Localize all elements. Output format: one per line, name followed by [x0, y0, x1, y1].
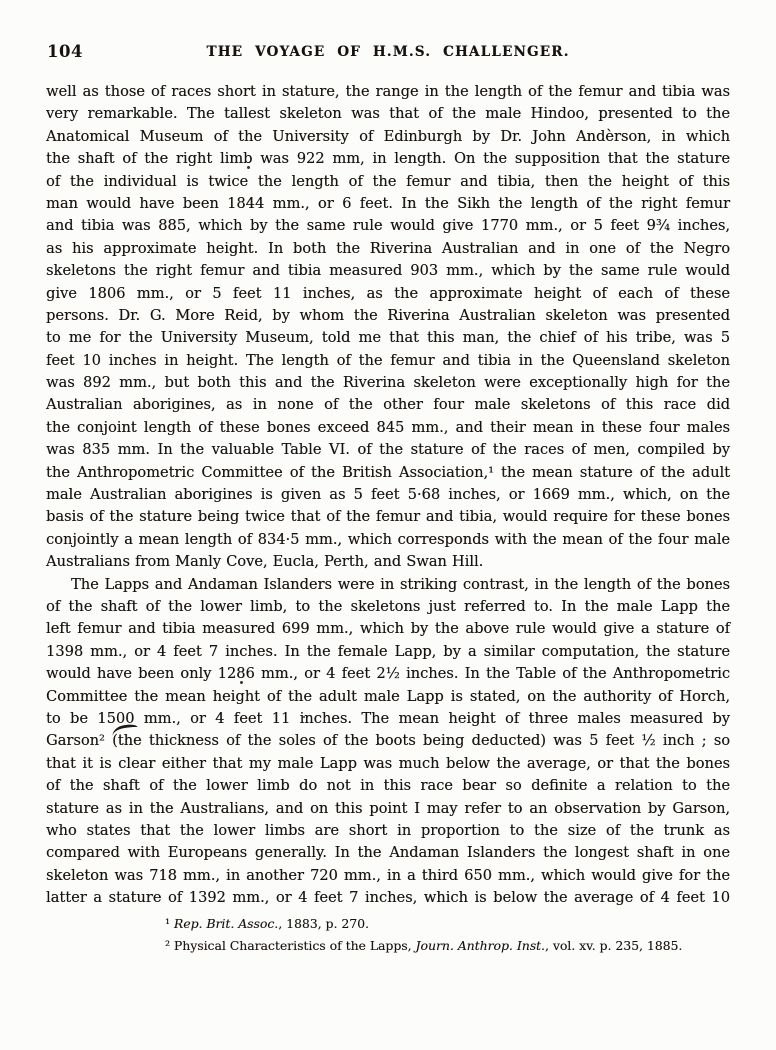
- text-line: the Anthropometric Committee of the Brit…: [46, 462, 730, 484]
- text-line: the conjoint length of these bones excee…: [46, 417, 730, 439]
- footnote-text: ¹: [165, 916, 174, 931]
- footnote-citation: Journ. Anthrop. Inst.: [416, 938, 545, 953]
- text-line: of the individual is twice the length of…: [46, 171, 730, 193]
- paragraph: The Lapps and Andaman Islanders were in …: [46, 574, 730, 910]
- text-line: to be 1500 mm., or 4 feet 11 inches. The…: [46, 708, 730, 730]
- paragraph: well as those of races short in stature,…: [46, 81, 730, 574]
- ink-dot: [303, 716, 305, 718]
- text-line: left femur and tibia measured 699 mm., w…: [46, 618, 730, 640]
- text-line: to me for the University Museum, told me…: [46, 327, 730, 349]
- text-line: as his approximate height. In both the R…: [46, 238, 730, 260]
- text-line: persons. Dr. G. More Reid, by whom the R…: [46, 305, 730, 327]
- text-line: male Australian aborigines is given as 5…: [46, 484, 730, 506]
- book-page: 104 THE VOYAGE OF H.M.S. CHALLENGER. wel…: [0, 0, 776, 1050]
- footnote-citation: Rep. Brit. Assoc.: [174, 916, 278, 931]
- text-line: man would have been 1844 mm., or 6 feet.…: [46, 193, 730, 215]
- text-line: give 1806 mm., or 5 feet 11 inches, as t…: [46, 283, 730, 305]
- text-line: feet 10 inches in height. The length of …: [46, 350, 730, 372]
- text-line: was 892 mm., but both this and the River…: [46, 372, 730, 394]
- footnotes: ¹ Rep. Brit. Assoc., 1883, p. 270.² Phys…: [165, 913, 725, 957]
- text-line: Australian aborigines, as in none of the…: [46, 394, 730, 416]
- footnote: ² Physical Characteristics of the Lapps,…: [165, 935, 725, 957]
- text-line: Anatomical Museum of the University of E…: [46, 126, 730, 148]
- page-header: 104 THE VOYAGE OF H.M.S. CHALLENGER.: [46, 42, 730, 64]
- text-line: compared with Europeans generally. In th…: [46, 842, 730, 864]
- text-line: conjointly a mean length of 834·5 mm., w…: [46, 529, 730, 551]
- text-line: skeleton was 718 mm., in another 720 mm.…: [46, 865, 730, 887]
- text-line: the shaft of the right limb was 922 mm, …: [46, 148, 730, 170]
- text-line: was 835 mm. In the valuable Table VI. of…: [46, 439, 730, 461]
- footnote: ¹ Rep. Brit. Assoc., 1883, p. 270.: [165, 913, 725, 935]
- text-line: Committee the mean height of the adult m…: [46, 686, 730, 708]
- text-line: of the shaft of the lower limb, to the s…: [46, 596, 730, 618]
- text-line: would have been only 1286 mm., or 4 feet…: [46, 663, 730, 685]
- text-line: and tibia was 885, which by the same rul…: [46, 215, 730, 237]
- running-title: THE VOYAGE OF H.M.S. CHALLENGER.: [46, 42, 730, 60]
- text-line: that it is clear either that my male Lap…: [46, 753, 730, 775]
- footnote-text: ² Physical Characteristics of the Lapps,: [165, 938, 416, 953]
- text-line: very remarkable. The tallest skeleton wa…: [46, 103, 730, 125]
- text-line: of the shaft of the lower limb do not in…: [46, 775, 730, 797]
- text-line: stature as in the Australians, and on th…: [46, 798, 730, 820]
- text-line: The Lapps and Andaman Islanders were in …: [46, 574, 730, 596]
- footnote-text: , vol. xv. p. 235, 1885.: [545, 938, 682, 953]
- text-line: latter a stature of 1392 mm., or 4 feet …: [46, 887, 730, 909]
- text-line: Garson² (the thickness of the soles of t…: [46, 730, 730, 752]
- text-line: 1398 mm., or 4 feet 7 inches. In the fem…: [46, 641, 730, 663]
- page-number: 104: [47, 42, 83, 61]
- text-line: skeletons the right femur and tibia meas…: [46, 260, 730, 282]
- text-line: Australians from Manly Cove, Eucla, Pert…: [46, 551, 730, 573]
- text-line: basis of the stature being twice that of…: [46, 506, 730, 528]
- ink-dot: [240, 681, 243, 684]
- text-line: well as those of races short in stature,…: [46, 81, 730, 103]
- footnote-text: , 1883, p. 270.: [278, 916, 369, 931]
- ink-dot: [247, 166, 250, 169]
- text-line: who states that the lower limbs are shor…: [46, 820, 730, 842]
- body-text: well as those of races short in stature,…: [46, 81, 730, 909]
